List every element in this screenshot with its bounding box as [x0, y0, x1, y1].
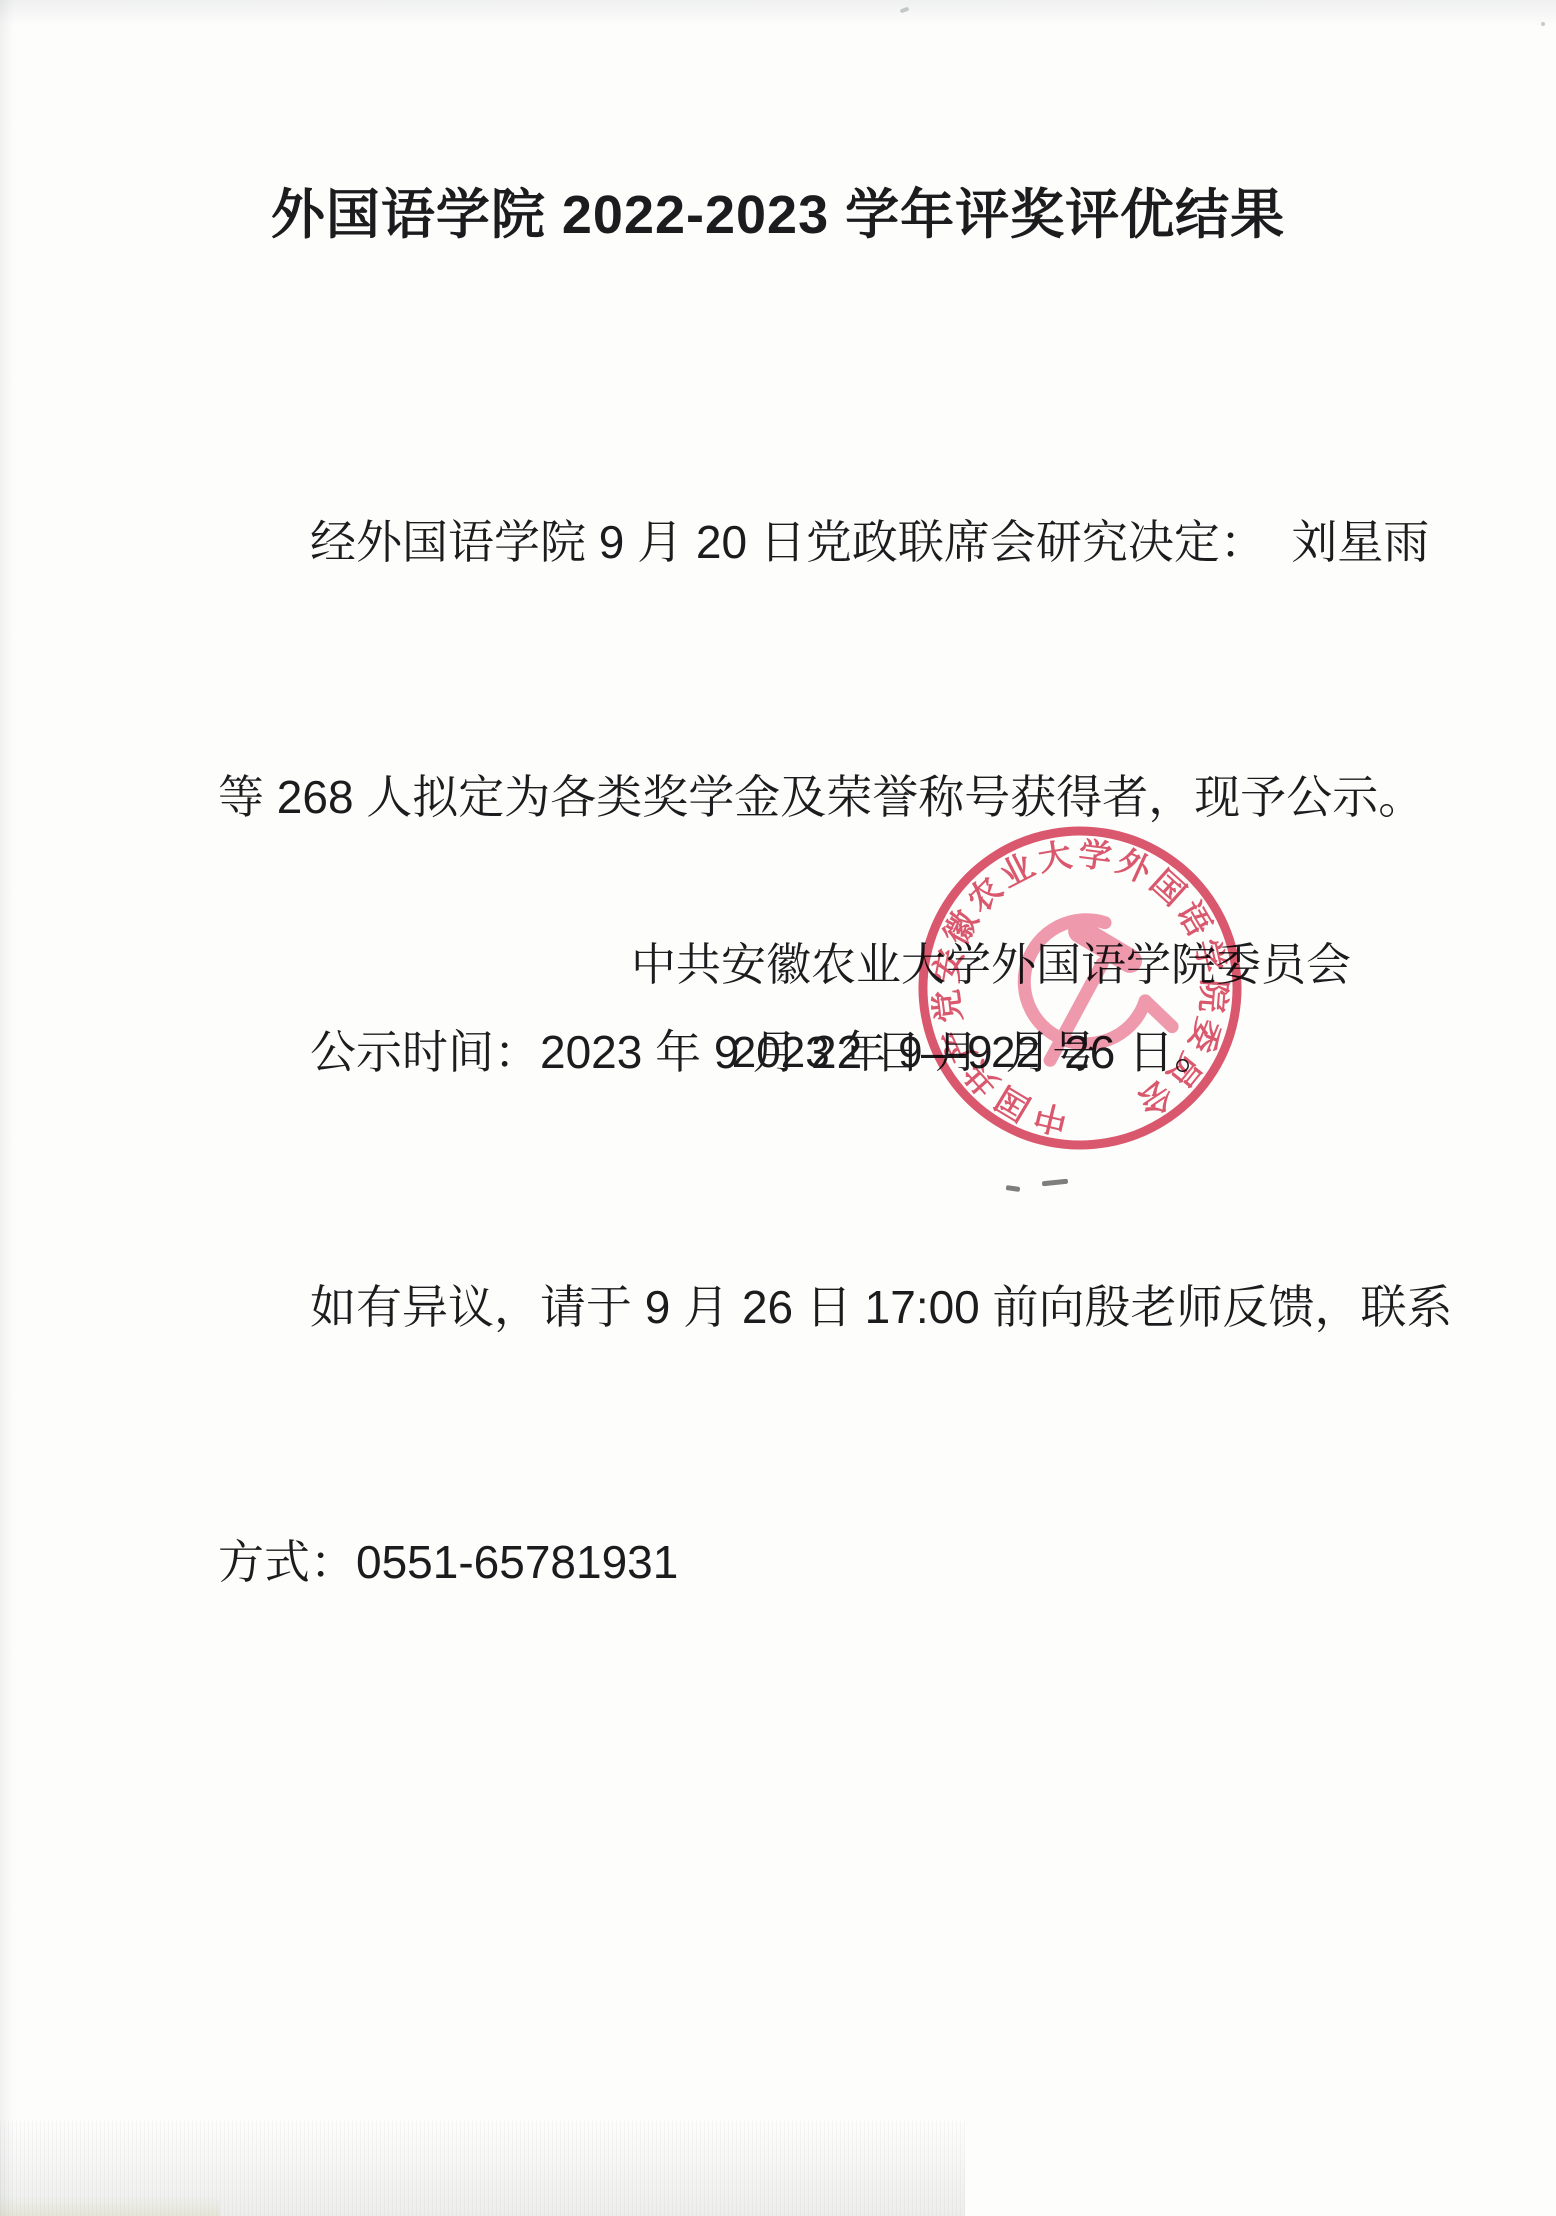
scan-speck: [1541, 22, 1545, 26]
document-title: 外国语学院 2022-2023 学年评奖评优结果: [0, 172, 1556, 249]
signature-date: 2023 年 9 月 22 号: [136, 1016, 1556, 1080]
scan-noise-bottom: [0, 2121, 965, 2216]
scan-speck: [900, 7, 910, 14]
body-line-4: 如有异议，请于 9 月 26 日 17:00 前向殷老师反馈，联系: [218, 1265, 1348, 1350]
scan-noise-top: [0, 0, 1556, 26]
signature-organization: 中共安徽农业大学外国语学院委员会: [213, 928, 1556, 993]
body-line-1: 经外国语学院 9 月 20 日党政联席会研究决定： 刘星雨: [218, 500, 1348, 585]
scan-noise-left: [0, 0, 14, 2216]
scanned-document-page: 外国语学院 2022-2023 学年评奖评优结果 经外国语学院 9 月 20 日…: [0, 0, 1556, 2216]
body-line-2: 等 268 人拟定为各类奖学金及荣誉称号获得者，现予公示。: [218, 755, 1348, 840]
scan-noise-corner: [0, 2196, 220, 2216]
body-line-5: 方式：0551-65781931: [218, 1520, 1348, 1605]
